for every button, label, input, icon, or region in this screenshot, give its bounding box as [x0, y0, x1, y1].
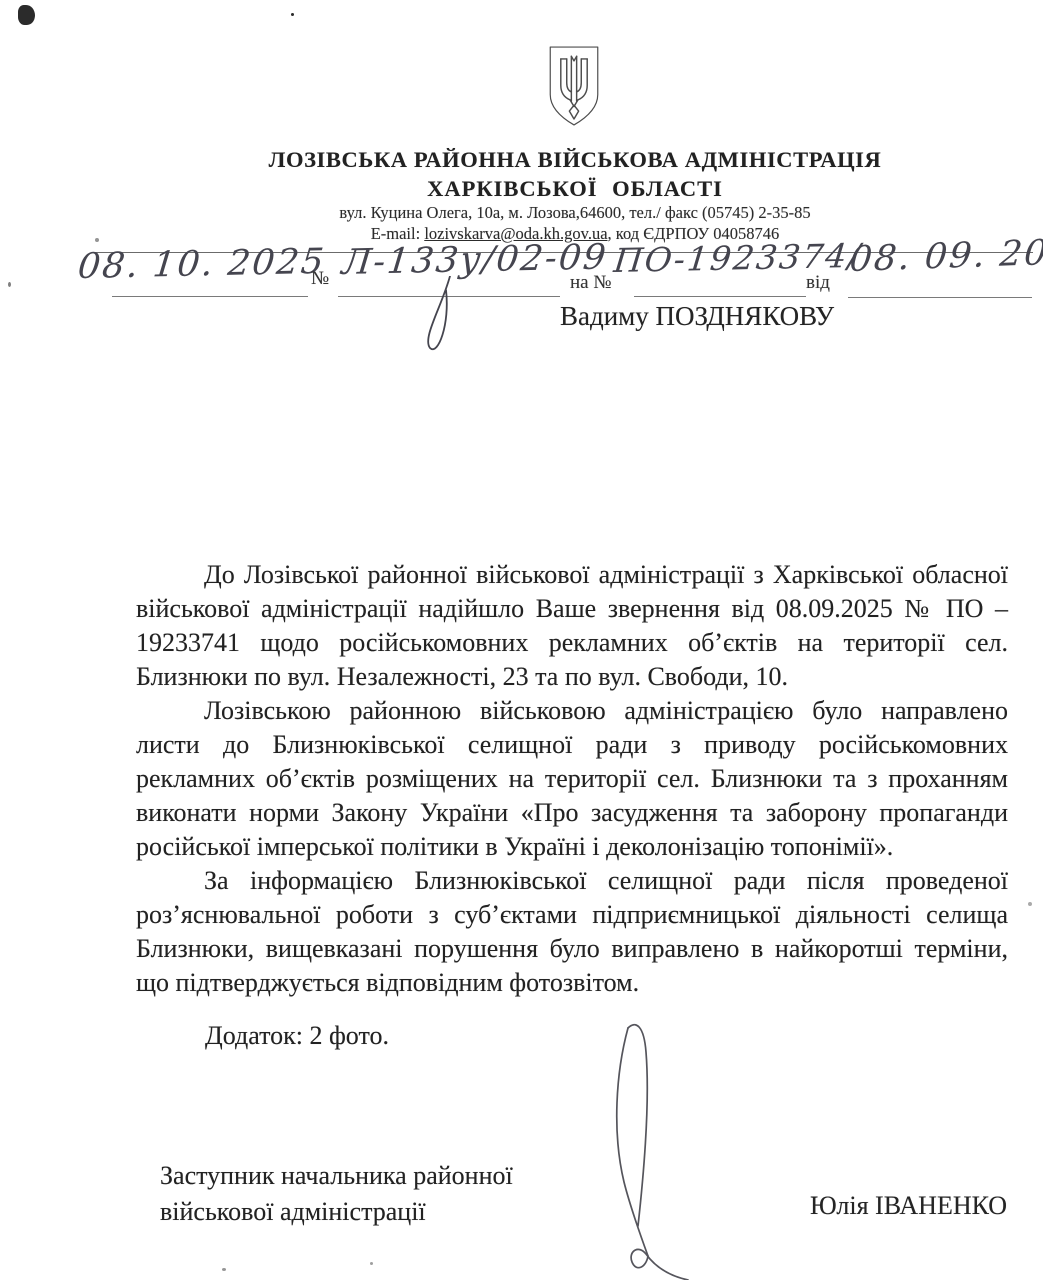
scan-speck [18, 5, 35, 25]
scan-speck [370, 1262, 373, 1265]
incoming-date-handwritten: 08. 09. 2025 [848, 231, 1043, 280]
handwritten-signature [580, 1012, 720, 1280]
signer-position-line2: військової адміністрації [160, 1194, 580, 1230]
field-underline [112, 296, 308, 297]
vid-label: від [806, 272, 830, 294]
scanned-letter-page: ЛОЗІВСЬКА РАЙОННА ВІЙСЬКОВА АДМІНІСТРАЦІ… [0, 0, 1043, 1280]
scan-speck [95, 238, 99, 242]
body-paragraph: Лозівською районною військовою адміністр… [136, 694, 1008, 864]
signer-position: Заступник начальника районної військової… [160, 1158, 580, 1230]
pen-flourish-stroke [416, 276, 472, 362]
body-paragraph: До Лозівської районної військової адміні… [136, 558, 1008, 694]
field-underline [634, 296, 806, 297]
outgoing-date-handwritten: 08. 10. 2025 [76, 242, 327, 287]
incoming-number-label: на № [570, 272, 611, 294]
org-address: вул. Куцина Олега, 10а, м. Лозова,64600,… [110, 203, 1040, 223]
attachment-note: Додаток: 2 фото. [205, 1021, 389, 1051]
scan-speck [8, 282, 11, 287]
scan-speck [222, 1268, 226, 1271]
signer-position-line1: Заступник начальника районної [160, 1158, 580, 1194]
signer-name: Юлія ІВАНЕНКО [810, 1191, 1007, 1221]
org-name-line1: ЛОЗІВСЬКА РАЙОННА ВІЙСЬКОВА АДМІНІСТРАЦІ… [110, 147, 1040, 173]
number-sign-label: № [311, 268, 329, 290]
scan-speck [291, 13, 294, 16]
field-underline [848, 297, 1032, 298]
org-name-line2: ХАРКІВСЬКОЇ ОБЛАСТІ [110, 176, 1040, 202]
email-label: E-mail: [371, 224, 420, 243]
addressee-name: Вадиму ПОЗДНЯКОВУ [560, 301, 860, 332]
scan-speck [1028, 902, 1032, 906]
ukraine-trident-emblem-icon [541, 42, 607, 130]
body-paragraph: За інформацією Близнюківської селищної р… [136, 864, 1008, 1000]
letter-body: До Лозівської районної військової адміні… [136, 558, 1008, 1000]
